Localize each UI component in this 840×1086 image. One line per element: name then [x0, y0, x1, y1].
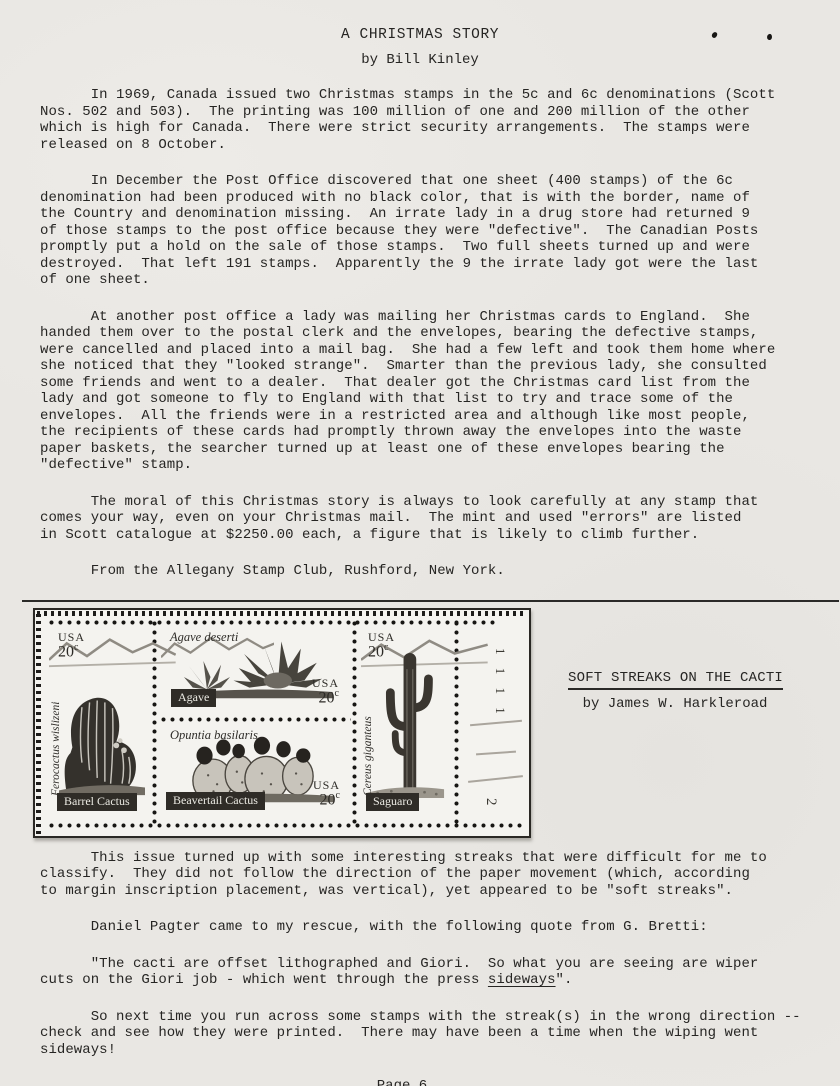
quote-underlined-word: sideways [488, 972, 556, 988]
stamp-section: USA 20c [40, 602, 800, 850]
stamp-name-label: Saguaro [366, 793, 419, 811]
article1-title: A CHRISTMAS STORY [40, 27, 800, 43]
article1-paragraph-4: The moral of this Christmas story is alw… [40, 494, 800, 544]
stamp-agave: Agave deserti [161, 626, 349, 712]
stamp-species-label: Ferocactus wislizeni [50, 646, 62, 796]
stamp-barrel-cactus: USA 20c [49, 626, 149, 820]
perforation-row-middle [159, 716, 351, 723]
stamp-denomination: USA 20c [312, 677, 339, 706]
perforation-teeth-left [36, 612, 41, 834]
quote-text: "The cacti are offset lithographed and G… [40, 956, 758, 989]
stamp-name-label: Agave [171, 689, 216, 707]
barrel-cactus-art [59, 668, 145, 798]
stamp-denomination: USA 20c [58, 631, 85, 660]
stamp-species-label: Cereus giganteus [362, 646, 374, 796]
soft-streak-mark [468, 775, 523, 783]
stamp-species-label: Agave deserti [170, 630, 238, 645]
article1-paragraph-1: In 1969, Canada issued two Christmas sta… [40, 87, 800, 153]
stamp-saguaro: USA 20c [361, 626, 451, 820]
stamp-denomination: USA 20c [313, 779, 340, 808]
stamp-species-label: Opuntia basilaris [170, 728, 258, 743]
perforation-teeth-top [37, 611, 527, 616]
stamp-beavertail-cactus: Opuntia basilaris [161, 724, 349, 818]
article1-attribution: From the Allegany Stamp Club, Rushford, … [40, 563, 800, 580]
article1-paragraph-2: In December the Post Office discovered t… [40, 173, 800, 289]
article2-closing: So next time you run across some stamps … [40, 1009, 800, 1059]
quote-text-end: ". [556, 972, 573, 988]
soft-streak-mark [470, 719, 522, 726]
stamp-name-label: Barrel Cactus [57, 793, 137, 811]
soft-streak-mark [476, 750, 516, 755]
page-number: Page 6 [22, 1078, 782, 1086]
article2-header: SOFT STREAKS ON THE CACTI by James W. Ha… [568, 668, 782, 712]
selvage-margin: 1 1 1 1 2 [462, 626, 524, 820]
cactus-stamp-block-photo: USA 20c [33, 608, 531, 838]
article1-paragraph-3: At another post office a lady was mailin… [40, 309, 800, 474]
stamp-name-label: Beavertail Cactus [166, 792, 265, 810]
perforation-row-bottom [47, 822, 523, 829]
article2-paragraph-1: This issue turned up with some interesti… [40, 850, 800, 900]
perforation-row-top [47, 619, 499, 626]
article1-byline: by Bill Kinley [40, 52, 800, 68]
perforation-column-2 [351, 619, 358, 825]
article2-quote: "The cacti are offset lithographed and G… [40, 956, 800, 989]
position-number: 2 [482, 798, 499, 806]
plate-numbers: 1 1 1 1 [492, 648, 508, 719]
newsletter-page: A CHRISTMAS STORY by Bill Kinley In 1969… [0, 0, 840, 1086]
article2-title: SOFT STREAKS ON THE CACTI [568, 670, 783, 690]
article2-byline: by James W. Harkleroad [568, 696, 782, 712]
article2-paragraph-2: Daniel Pagter came to my rescue, with th… [40, 919, 800, 936]
